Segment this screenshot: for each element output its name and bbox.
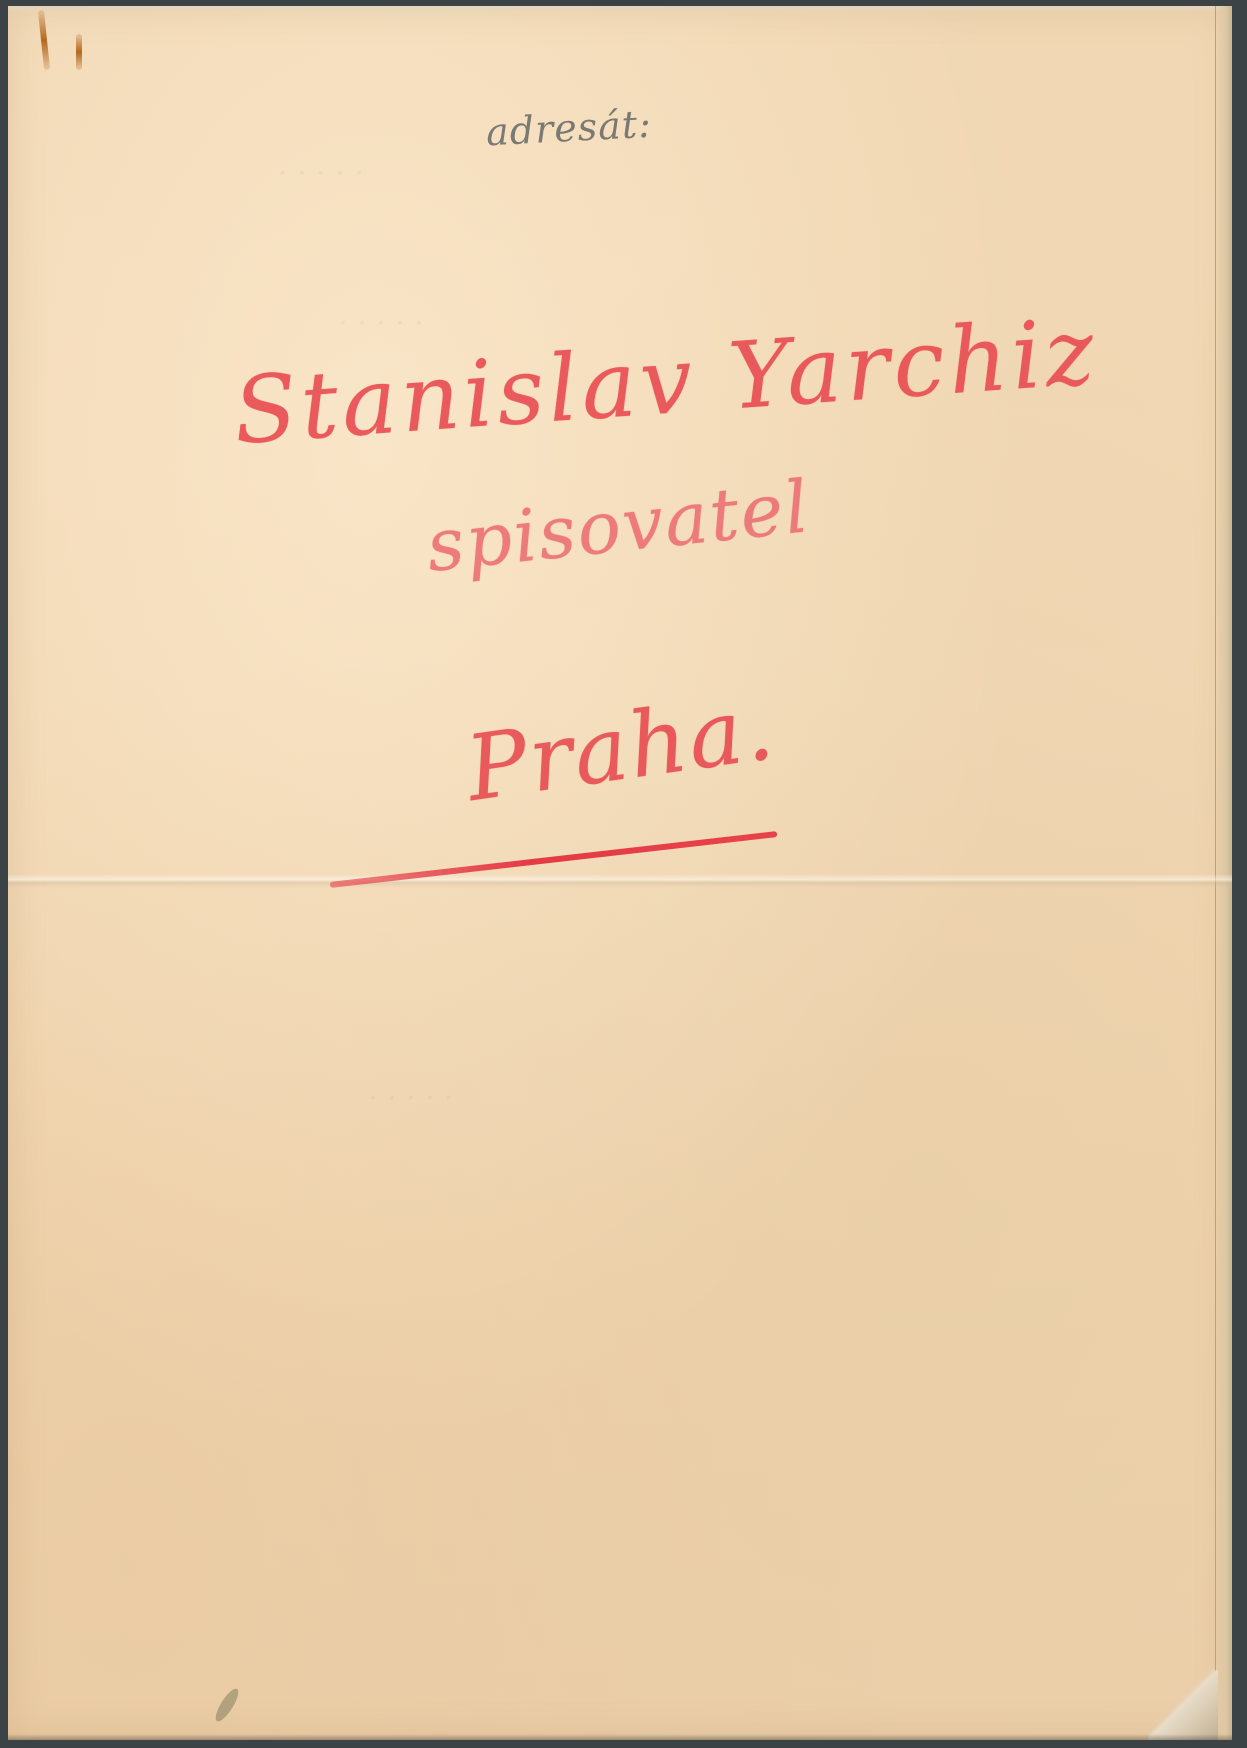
paper-sheet: · · · · · · · · · · · · · · · adresát: S… xyxy=(8,6,1232,1740)
folded-corner xyxy=(1148,1670,1218,1740)
pencil-label-addressee: adresát: xyxy=(485,102,653,155)
paper-bottom-edge xyxy=(8,1734,1232,1740)
show-through-text: · · · · · xyxy=(278,156,364,191)
staple-rust-mark xyxy=(38,10,50,70)
show-through-text: · · · · · xyxy=(368,1081,454,1116)
document-scan: · · · · · · · · · · · · · · · adresát: S… xyxy=(0,0,1247,1748)
staple-rust-mark xyxy=(76,34,82,70)
show-through-text: · · · · · xyxy=(338,306,424,341)
smudge-mark xyxy=(212,1686,242,1725)
fold-crease xyxy=(8,874,1232,888)
addressee-city: Praha. xyxy=(460,675,781,822)
paper-right-edge xyxy=(1215,6,1232,1740)
paper-top-edge xyxy=(8,6,1232,14)
addressee-occupation: spisovatel xyxy=(423,464,814,588)
addressee-name: Stanislav Yarchiz xyxy=(230,298,1101,465)
